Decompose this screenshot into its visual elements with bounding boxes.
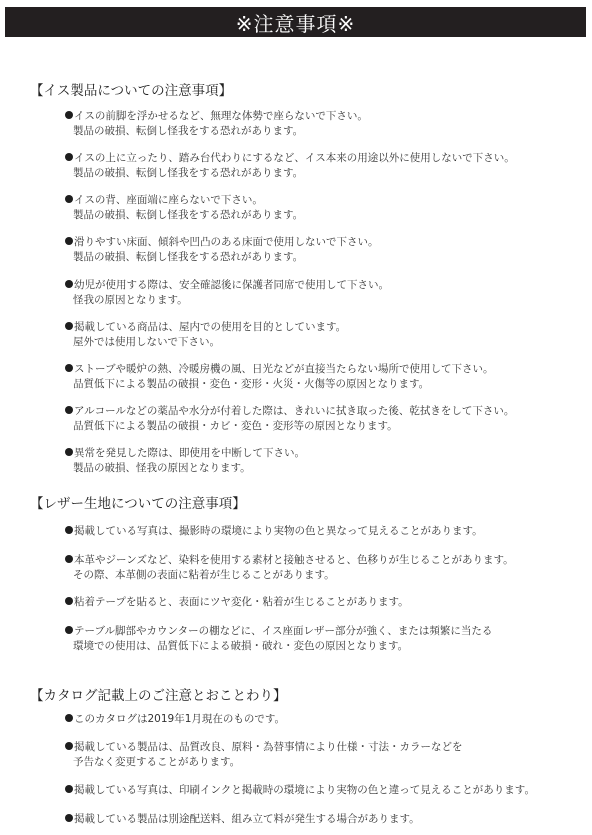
- title-bar: ※注意事項※: [5, 7, 586, 37]
- list-item: 掲載している写真は、印刷インクと掲載時の環境により実物の色と違って見えることがあ…: [65, 783, 535, 798]
- bullet-icon: [65, 814, 73, 822]
- list-item: イスの前脚を浮かせるなど、無理な体勢で座らないで下さい。 製品の破損、転倒し怪我…: [65, 109, 368, 139]
- list-item: テーブル脚部やカウンターの棚などに、イス座面レザー部分が強く、または頻繁に当たる…: [65, 624, 492, 654]
- section-heading-catalog: 【カタログ記載上のご注意とおことわり】: [30, 684, 287, 704]
- list-item: 掲載している商品は、屋内での使用を目的としています。 屋外では使用しないで下さい…: [65, 320, 346, 350]
- bullet-icon: [65, 526, 73, 534]
- page-title: ※注意事項※: [236, 8, 356, 37]
- bullet-icon: [65, 742, 73, 750]
- list-item: 幼児が使用する際は、安全確認後に保護者同席で使用して下さい。 怪我の原因となりま…: [65, 278, 389, 308]
- list-item: イスの上に立ったり、踏み台代わりにするなど、イス本来の用途以外に使用しないで下さ…: [65, 151, 515, 181]
- list-item: ストーブや暖炉の熱、冷暖房機の風、日光などが直接当たらない場所で使用して下さい。…: [65, 362, 493, 392]
- bullet-icon: [65, 153, 73, 161]
- list-item: アルコールなどの薬品や水分が付着した際は、きれいに拭き取った後、乾拭きをして下さ…: [65, 404, 514, 434]
- list-item: 掲載している写真は、撮影時の環境により実物の色と異なって見えることがあります。: [65, 524, 483, 539]
- list-item: このカタログは2019年1月現在のものです。: [65, 712, 285, 727]
- bullet-icon: [65, 555, 73, 563]
- bullet-icon: [65, 237, 73, 245]
- list-item: 本革やジーンズなど、染料を使用する素材と接触させると、色移りが生じることがありま…: [65, 553, 514, 583]
- bullet-icon: [65, 448, 73, 456]
- bullet-icon: [65, 280, 73, 288]
- list-item: 異常を発見した際は、即使用を中断して下さい。 製品の破損、怪我の原因となります。: [65, 446, 305, 476]
- list-item: 掲載している製品は別途配送料、組み立て料が発生する場合があります。: [65, 812, 420, 827]
- section-heading-leather: 【レザー生地についての注意事項】: [30, 492, 246, 512]
- bullet-icon: [65, 626, 73, 634]
- bullet-icon: [65, 714, 73, 722]
- section-heading-chair: 【イス製品についての注意事項】: [30, 79, 232, 99]
- list-item: 滑りやすい床面、傾斜や凹凸のある床面で使用しないで下さい。 製品の破損、転倒し怪…: [65, 235, 379, 265]
- bullet-icon: [65, 195, 73, 203]
- list-item: 粘着テープを貼ると、表面にツヤ変化・粘着が生じることがあります。: [65, 595, 409, 610]
- bullet-icon: [65, 597, 73, 605]
- bullet-icon: [65, 322, 73, 330]
- bullet-icon: [65, 406, 73, 414]
- bullet-icon: [65, 785, 73, 793]
- list-item: イスの背、座面端に座らないで下さい。 製品の破損、転倒し怪我をする恐れがあります…: [65, 193, 303, 223]
- list-item: 掲載している製品は、品質改良、原料・為替事情により仕様・寸法・カラーなどを 予告…: [65, 740, 463, 770]
- bullet-icon: [65, 364, 73, 372]
- bullet-icon: [65, 111, 73, 119]
